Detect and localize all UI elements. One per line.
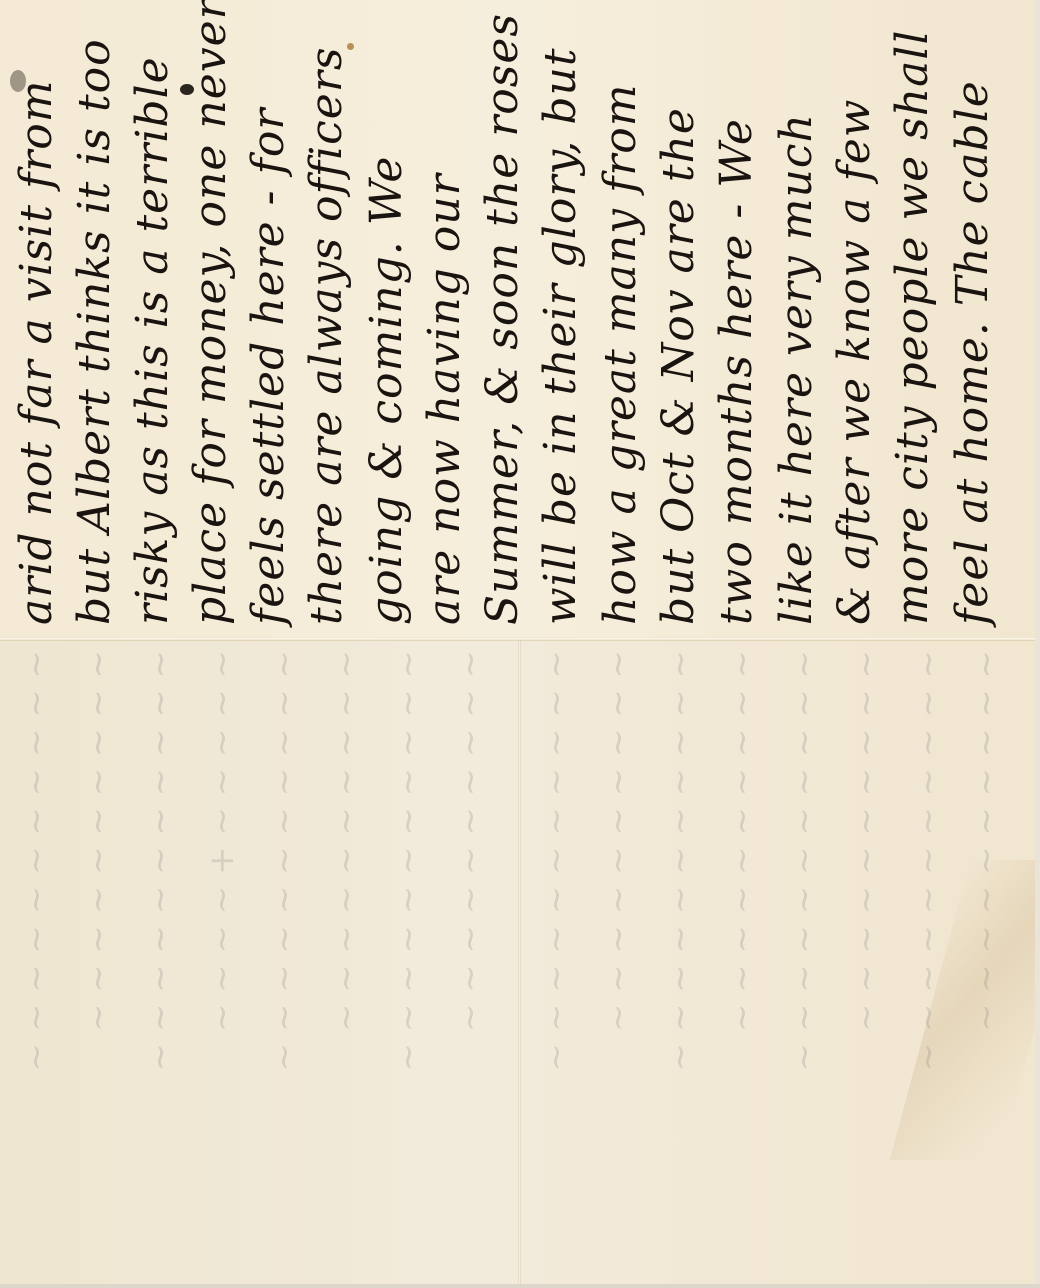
bleed-through-line: ~ ~ ~ ~ ~ ~ ~ ~ ~ ~ ~ (782, 650, 828, 1288)
handwritten-line: are now having our (416, 0, 474, 625)
bleed-through-line: ~ ~ ~ ~ ~ ~ ~ ~ ~ ~ ~ (138, 650, 184, 1288)
handwritten-line: feel at home. The cable (944, 0, 1002, 625)
bleed-through-line: ~ ~ ~ ~ ~ + ~ ~ ~ ~ (200, 650, 246, 1288)
bleed-through-line: ~ ~ ~ ~ ~ ~ ~ ~ ~ ~ ~ (906, 650, 952, 1288)
scan-edge-right (1035, 0, 1040, 1288)
bleed-through-line: ~ ~ ~ ~ ~ ~ ~ ~ ~ ~ (964, 650, 1010, 1288)
bleed-through-line: ~ ~ ~ ~ ~ ~ ~ ~ ~ ~ ~ (14, 650, 60, 1288)
handwritten-line: arid not far a visit from (8, 0, 66, 625)
handwritten-line: & after we know a few (826, 0, 884, 625)
bleed-through-line: ~ ~ ~ ~ ~ ~ ~ ~ ~ ~ ~ (386, 650, 432, 1288)
handwritten-line: place for money, one never (182, 0, 240, 625)
bleed-through-line: ~ ~ ~ ~ ~ ~ ~ ~ ~ ~ (844, 650, 890, 1288)
bleed-through-line: ~ ~ ~ ~ ~ ~ ~ ~ ~ ~ ~ (658, 650, 704, 1288)
handwritten-line: there are always officers (298, 0, 356, 625)
handwritten-line: going & coming. We (358, 0, 416, 625)
bleed-through-line: ~ ~ ~ ~ ~ ~ ~ ~ ~ ~ (596, 650, 642, 1288)
handwritten-line: but Albert thinks it is too (66, 0, 124, 625)
handwritten-line: how a great many from (592, 0, 650, 625)
bleed-through-line: ~ ~ ~ ~ ~ ~ ~ ~ ~ ~ (76, 650, 122, 1288)
letter-sheet: arid not far a visit from but Albert thi… (0, 0, 1040, 1288)
bleed-through-line: ~ ~ ~ ~ ~ ~ ~ ~ ~ ~ (324, 650, 370, 1288)
bleed-through-line: ~ ~ ~ ~ ~ ~ ~ ~ ~ ~ (448, 650, 494, 1288)
handwritten-line: two months here - We (708, 0, 766, 625)
handwritten-line: Summer, & soon the roses (474, 0, 532, 625)
handwritten-line: will be in their glory, but (532, 0, 590, 625)
bleed-through-line: ~ ~ ~ ~ ~ ~ ~ ~ ~ ~ (720, 650, 766, 1288)
handwritten-line: feels settled here - for (240, 0, 298, 625)
handwritten-line: like it here very much (768, 0, 826, 625)
handwritten-line: more city people we shall (884, 0, 942, 625)
bleed-through-line: ~ ~ ~ ~ ~ ~ ~ ~ ~ ~ ~ (534, 650, 580, 1288)
bleed-through-line: ~ ~ ~ ~ ~ ~ ~ ~ ~ ~ ~ (262, 650, 308, 1288)
vertical-fold-line (518, 641, 521, 1288)
handwritten-line: but Oct & Nov are the (650, 0, 708, 625)
handwritten-line: risky as this is a terrible (124, 0, 182, 625)
